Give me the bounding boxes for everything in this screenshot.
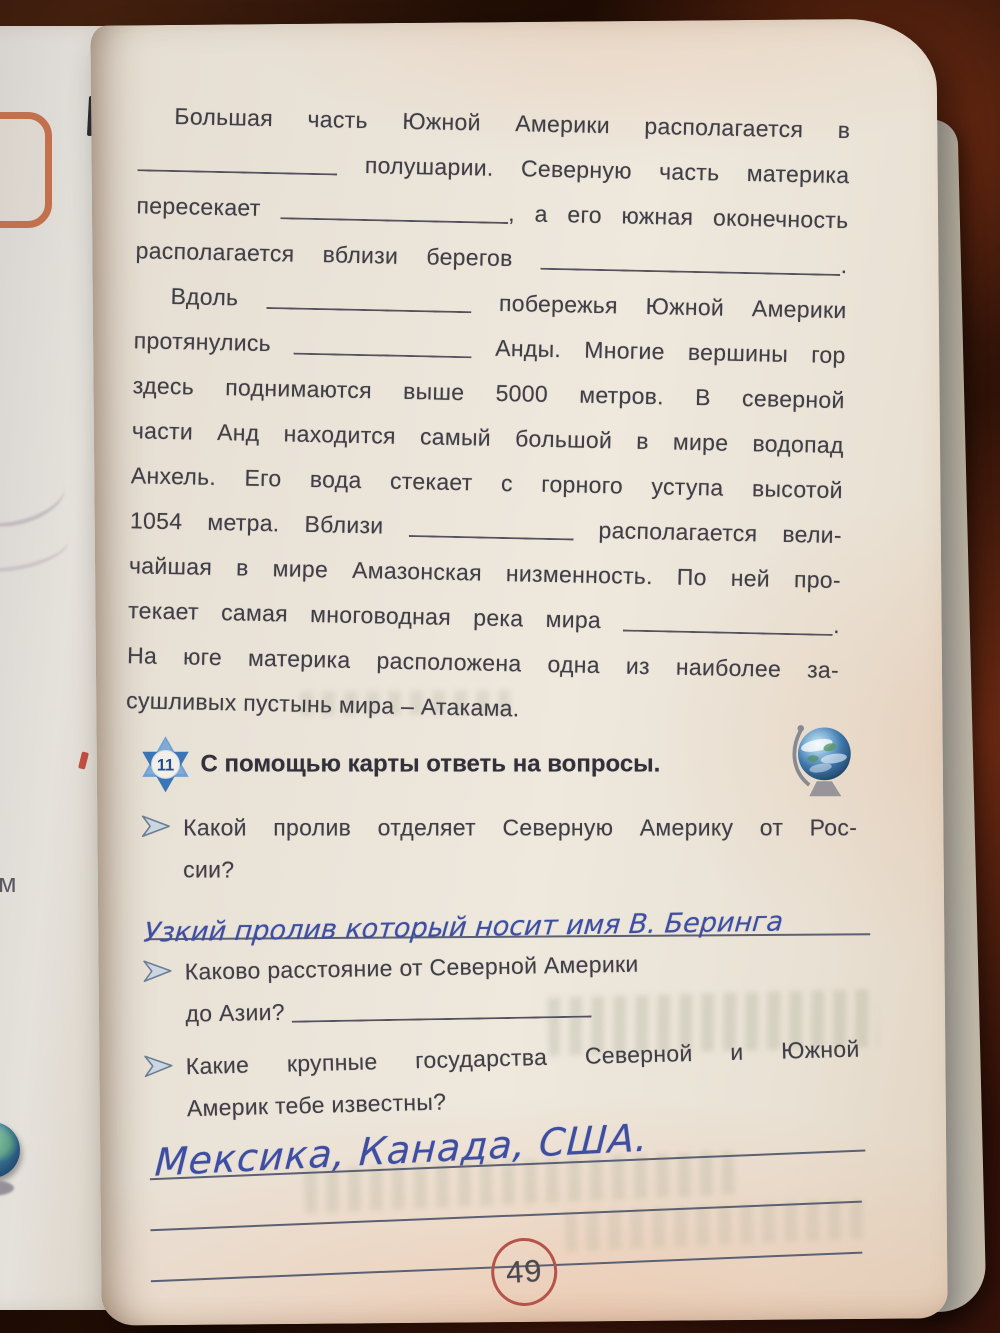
fill-in-blank <box>541 256 841 276</box>
fill-in-blank <box>292 1004 592 1023</box>
fill-in-blank <box>623 618 833 636</box>
task-number-star-badge: 11 <box>137 735 195 793</box>
handwriting-bleedthrough <box>0 517 73 579</box>
fill-in-blank <box>137 157 337 175</box>
photo-scene: м Большая часть Южной Америки располагае… <box>0 0 1000 1333</box>
globe-icon <box>789 722 855 802</box>
task-number: 11 <box>157 757 174 775</box>
question-2: Каково расстояние от Северной Америкидо … <box>146 939 859 1035</box>
left-page-globe-base <box>0 1180 14 1196</box>
left-page-letter-fragment: м <box>0 868 17 899</box>
intro-paragraph: Большая часть Южной Америки располагаетс… <box>126 93 851 738</box>
question-1-text: Какой пролив отделяет Северную Америку о… <box>183 806 857 890</box>
question-1: Какой пролив отделяет Северную Америку о… <box>145 806 857 890</box>
arrow-bullet-icon <box>143 959 173 984</box>
fill-in-blank <box>294 341 472 359</box>
left-page-globe-fragment <box>0 1122 20 1178</box>
question-2-text: Каково расстояние от Северной Америкидо … <box>184 939 859 1035</box>
workbook-page: Большая часть Южной Америки располагаетс… <box>90 18 947 1325</box>
task-heading: 11 С помощью карты ответь на вопросы. <box>137 733 857 795</box>
text-line: Какой пролив отделяет Северную Америку о… <box>183 806 857 848</box>
orange-frame-fragment <box>0 112 52 228</box>
answer-line-1: Узкий пролив который носит имя В. Беринг… <box>146 887 870 940</box>
arrow-bullet-icon <box>143 1054 174 1079</box>
text-line: сии? <box>183 848 857 890</box>
red-gutter-mark <box>78 751 89 769</box>
fill-in-blank <box>280 205 508 224</box>
fill-in-blank <box>408 523 573 540</box>
fill-in-blank <box>266 295 471 313</box>
task-title: С помощью карты ответь на вопросы. <box>201 750 661 778</box>
arrow-bullet-icon <box>141 814 171 838</box>
page-number: 49 <box>505 1253 544 1291</box>
